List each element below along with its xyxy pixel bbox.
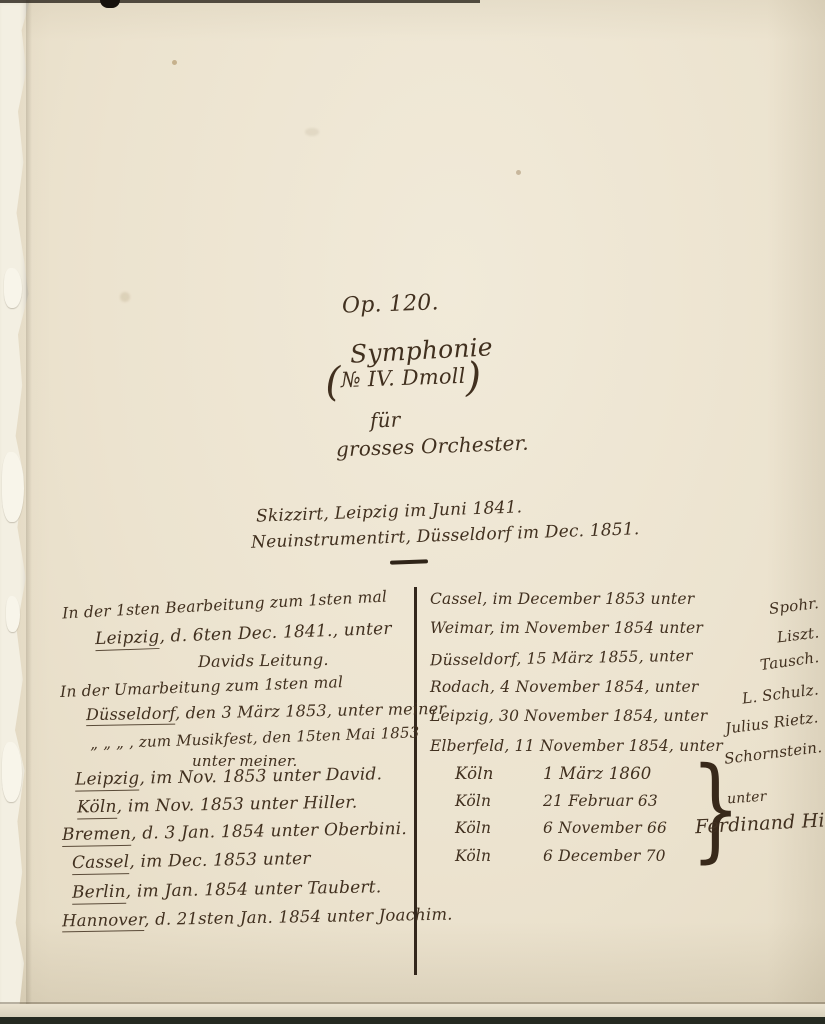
city-name: Cassel — [430, 590, 482, 608]
fuer-word: für — [370, 407, 401, 432]
grouping-brace: } — [691, 753, 741, 865]
opus-number: Op. 120. — [342, 290, 440, 318]
foxing-spot — [516, 170, 521, 175]
performance-entry: Köln21 Februar 63 — [455, 792, 658, 810]
city-name: Leipzig — [75, 769, 140, 792]
paper-chip — [2, 452, 24, 522]
page-stack-edge — [0, 1004, 825, 1017]
entry-detail: , im November 1854 unter — [490, 619, 703, 637]
city-name: Köln — [455, 819, 543, 837]
city-name: Düsseldorf — [430, 650, 517, 670]
performance-entry: Köln6 December 70 — [455, 847, 666, 865]
city-name: Leipzig — [95, 627, 160, 651]
city-name: Bremen — [62, 824, 131, 847]
city-name: Köln — [455, 792, 543, 810]
entry-date: 6 December 70 — [543, 847, 666, 865]
performance-entry: Köln1 März 1860 — [455, 764, 652, 783]
entry-date: 6 November 66 — [543, 819, 667, 837]
performance-entry: Köln6 November 66 — [455, 819, 667, 837]
city-name: Köln — [455, 764, 543, 783]
entry-main: Leipzig, 30 November 1854, unter — [430, 707, 707, 725]
open-paren: ( — [324, 359, 341, 406]
entry-detail: , im Nov. 1853 unter Hiller. — [117, 793, 358, 817]
performance-entry: Leipzig, 30 November 1854, unterJulius R… — [430, 707, 818, 725]
entry-detail: , 15 März 1855, unter — [516, 647, 693, 668]
entry-detail: , im December 1853 unter — [482, 590, 694, 608]
book-cover-edge — [0, 1017, 825, 1024]
city-name: Elberfeld — [430, 737, 504, 755]
conductor-prefix: unter — [726, 789, 767, 808]
paper-chip — [6, 596, 20, 632]
left-edge-shadow — [26, 0, 32, 1014]
entry-main: Cassel, im December 1853 unter — [430, 590, 694, 608]
entry-detail: , im Nov. 1853 unter David. — [139, 764, 382, 788]
performance-entry: Elberfeld, 11 November 1854, unterSchorn… — [430, 737, 818, 755]
entry-date: 21 Februar 63 — [543, 792, 658, 810]
performance-entry: Rodach, 4 November 1854, unterL. Schulz. — [430, 678, 818, 696]
smudge — [305, 128, 319, 136]
entry-main: Rodach, 4 November 1854, unter — [430, 678, 699, 696]
paper-chip — [2, 742, 22, 802]
close-paren: ) — [465, 354, 482, 401]
scanned-page: Op. 120. Symphonie (№ IV. Dmoll) für gro… — [0, 0, 825, 1024]
conductor-note: Davids Leitung. — [198, 650, 329, 671]
entry-main: Elberfeld, 11 November 1854, unter — [430, 737, 723, 755]
entry-date: 1 März 1860 — [543, 764, 652, 783]
key-text: № IV. Dmoll — [340, 364, 465, 392]
foxing-spot — [172, 60, 177, 65]
entry-detail: , 4 November 1854, unter — [490, 678, 698, 696]
page-top-edge — [0, 0, 480, 3]
entry-detail: , 30 November 1854, unter — [489, 707, 708, 725]
city-name: Berlin — [72, 882, 126, 905]
city-name: Cassel — [72, 852, 130, 875]
entry-main: Weimar, im November 1854 unter — [430, 619, 703, 637]
city-name: Rodach — [430, 678, 490, 696]
city-name: Köln — [77, 797, 117, 820]
city-name: Köln — [455, 847, 543, 865]
paper-chip — [4, 268, 22, 308]
performance-entry: Cassel, im December 1853 unterSpohr. — [430, 590, 818, 608]
city-name: Düsseldorf — [86, 704, 175, 727]
performance-entry: Cassel, im Dec. 1853 unter — [72, 849, 311, 873]
performance-entry: Weimar, im November 1854 unterLiszt. — [430, 619, 818, 637]
foxing-spot — [120, 292, 130, 302]
city-name: Leipzig — [430, 707, 489, 725]
entry-detail: , im Dec. 1853 unter — [129, 849, 311, 872]
city-name: Hannover — [62, 910, 145, 932]
city-name: Weimar — [430, 619, 490, 637]
